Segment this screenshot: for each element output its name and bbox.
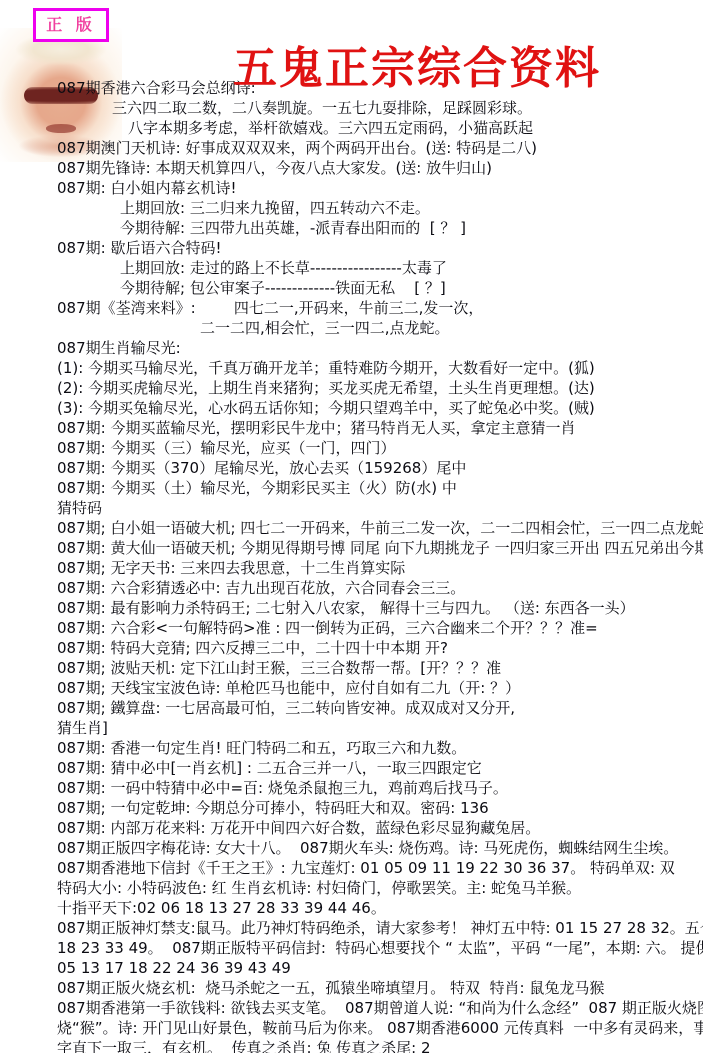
text-line: (2): 今期买虎输尽光，上期生肖来猪狗；买龙买虎无希望，土头生肖更理想。(达) (0, 378, 703, 398)
text-line: 特码大小: 小特码波色: 红 生肖玄机诗: 村妇倚门，停歌罢笑。主: 蛇兔马羊猴… (0, 878, 703, 898)
text-line: 087期: 六合彩<一句解特码>准 : 四一倒转为正码，三六合幽来二个开？？？准… (0, 618, 703, 638)
text-line: 087期; 天线宝宝波色诗: 单枪匹马也能中，应付自如有二九（开: ？） (0, 678, 703, 698)
text-line: 087期: 最有影响力杀特码王; 二七射入八农家， 解得十三与四九。 （送: 东… (0, 598, 703, 618)
text-line: 087期; 白小姐一语破大机; 四七二一开码来，牛前三二发一次，二一二四相会忙，… (0, 518, 703, 538)
text-line: 三六四二取二数，二八奏凯旋。一五七九耍排除，足踩圆彩球。 (0, 98, 703, 118)
text-line: 087期: 特码大竞猜; 四六反搏三二中，二十四十中本期 开? (0, 638, 703, 658)
text-line: 087期正版四字梅花诗: 女大十八。 087期火车头: 烧伤鸡。诗: 马死虎伤，… (0, 838, 703, 858)
text-line: 087期: 歇后语六合特码! (0, 238, 703, 258)
text-line: 087期: 白小姐内幕玄机诗! (0, 178, 703, 198)
authentic-badge: 正 版 (33, 8, 109, 42)
text-line: 二一二四,相会忙，三一四二,点龙蛇。 (0, 318, 703, 338)
text-line: 087期香港第一手欲钱料: 欲钱去买支笔。 087期曾道人说: “和尚为什么念经… (0, 998, 703, 1018)
text-line: 字直下一取三，有玄机。 传真之杀肖: 兔 传真之杀尾: 2 (0, 1038, 703, 1053)
text-line: 十指平天下:02 06 18 13 27 28 33 39 44 46。 (0, 898, 703, 918)
text-line: 087期香港地下信封《千王之王》: 九宝莲灯: 01 05 09 11 19 2… (0, 858, 703, 878)
text-line: 087期; 一句定乾坤: 今期总分可捧小，特码旺大和双。密码: 136 (0, 798, 703, 818)
text-line: 087期: 内部万花来料: 万花开中间四六好合数，蓝绿色彩尽显狗藏兔居。 (0, 818, 703, 838)
page-title: 五鬼正宗综合资料 (233, 32, 601, 96)
text-line: 087期正版神灯禁支:鼠马。此乃神灯特码绝杀，请大家参考！ 神灯五中特: 01 … (0, 918, 703, 938)
text-line: 今期待解: 三四带九出英雄，-派青春出阳而的 [ ？ ] (0, 218, 703, 238)
text-line: 087期《荃湾来料》: 四七二一,开码来，牛前三二,发一次， (0, 298, 703, 318)
text-line: 087期: 今期买（三）输尽光，应买（一门，四门） (0, 438, 703, 458)
page: { "header": { "badge": "正 版", "title": "… (0, 0, 703, 1053)
text-line: 087期: 今期买蓝输尽光，摆明彩民牛龙中；猪马特肖无人买，拿定主意猜一肖 (0, 418, 703, 438)
text-line: 087期正版火烧玄机: 烧马杀蛇之一五，孤猿坐啼填望月。 特双 特肖: 鼠兔龙马… (0, 978, 703, 998)
text-line: 上期回放: 走过的路上不长草-----------------太毒了 (0, 258, 703, 278)
text-line: 087期先锋诗: 本期天机算四八，今夜八点大家发。(送: 放牛归山) (0, 158, 703, 178)
text-line: 087期; 无字天书: 三来四去我思意，十二生肖算实际 (0, 558, 703, 578)
text-line: (1): 今期买马输尽光，千真万确开龙羊；重特难防今期开，大数看好一定中。(狐) (0, 358, 703, 378)
text-line: 087期生肖输尽光: (0, 338, 703, 358)
text-line: 087期: 今期买（370）尾输尽光，放心去买（159268）尾中 (0, 458, 703, 478)
text-line: 087期: 一码中特猜中必中=百: 烧兔杀鼠抱三九，鸡前鸡后找马子。 (0, 778, 703, 798)
text-line: 上期回放: 三二归来九挽留，四五转动六不走。 (0, 198, 703, 218)
text-line: 烧“猴”。诗: 开门见山好景色，鞍前马后为你来。 087期香港6000 元传真料… (0, 1018, 703, 1038)
text-line: 今期待解; 包公审案子-------------铁面无私 [ ？] (0, 278, 703, 298)
text-line: 05 13 17 18 22 24 36 39 43 49 (0, 958, 703, 978)
text-line: 087期: 香港一句定生肖! 旺门特码二和五，巧取三六和九数。 (0, 738, 703, 758)
text-line: 猜生肖] (0, 718, 703, 738)
text-line: 八字本期多考虑，举杆欲嬉戏。三六四五定雨码，小猫高跃起 (0, 118, 703, 138)
text-line: 087期澳门天机诗: 好事成双双双来，两个两码开出台。(送: 特码是二八) (0, 138, 703, 158)
text-line: 猜特码 (0, 498, 703, 518)
text-line: 087期: 猜中必中[一肖玄机] : 二五合三并一八，一取三四跟定它 (0, 758, 703, 778)
text-line: (3): 今期买兔输尽光，心水码五话你知；今期只望鸡羊中，买了蛇兔必中奖。(贼) (0, 398, 703, 418)
text-line: 087期; 波贴天机: 定下江山封王猴，三三合数帮一帮。[开？？？准 (0, 658, 703, 678)
text-line: 087期: 黄大仙一语破天机; 今期见得期号博 同尾 向下九期挑龙子 一四归家三… (0, 538, 703, 558)
text-line: 087期: 今期买（土）输尽光，今期彩民买主（火）防(水) 中 (0, 478, 703, 498)
text-line: 087期; 鐵算盘: 一七居高最可怕，三二转向皆安神。成双成对又分开, (0, 698, 703, 718)
content-lines: 087期香港六合彩马会总纲诗:三六四二取二数，二八奏凯旋。一五七九耍排除，足踩圆… (0, 78, 703, 1053)
text-line: 087期: 六合彩猜透必中: 吉九出现百花放，六合同春会三三。 (0, 578, 703, 598)
text-line: 18 23 33 49。 087期正版特平码信封: 特码心想要找个 “ 太监”，… (0, 938, 703, 958)
